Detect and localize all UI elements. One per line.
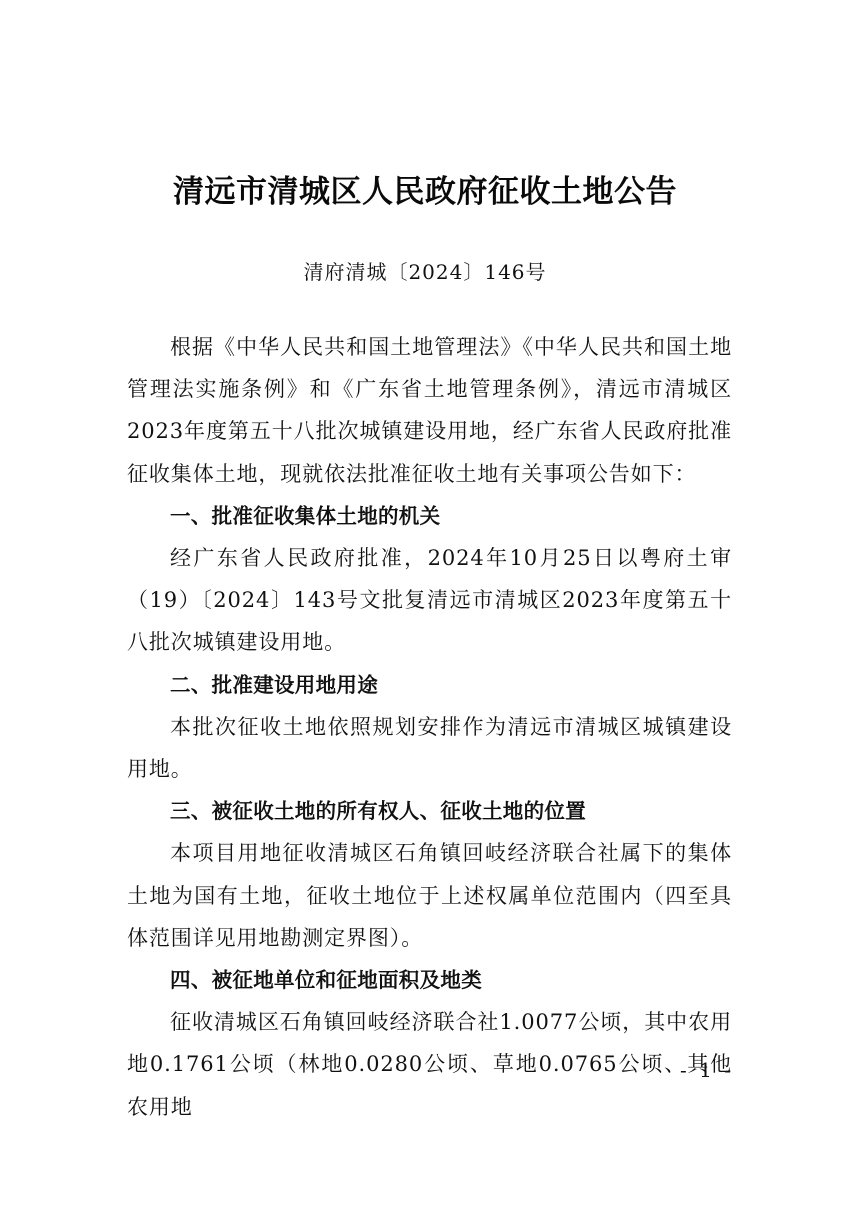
- document-title: 清远市清城区人民政府征收土地公告: [0, 166, 850, 211]
- intro-paragraph: 根据《中华人民共和国土地管理法》《中华人民共和国土地管理法实施条例》和《广东省土…: [127, 326, 732, 495]
- document-number: 清府清城〔2024〕146号: [0, 256, 850, 285]
- section-heading-1: 一、批准征收集体土地的机关: [127, 495, 732, 537]
- section-text-2: 本批次征收土地依照规划安排作为清远市清城区城镇建设用地。: [127, 706, 732, 790]
- section-heading-4: 四、被征地单位和征地面积及地类: [127, 959, 732, 1001]
- document-body: 根据《中华人民共和国土地管理法》《中华人民共和国土地管理法实施条例》和《广东省土…: [127, 326, 732, 1128]
- page-number: - 1 -: [680, 1058, 734, 1082]
- section-heading-3: 三、被征收土地的所有权人、征收土地的位置: [127, 790, 732, 832]
- section-text-3: 本项目用地征收清城区石角镇回岐经济联合社属下的集体土地为国有土地，征收土地位于上…: [127, 832, 732, 959]
- section-heading-2: 二、批准建设用地用途: [127, 664, 732, 706]
- section-text-1: 经广东省人民政府批准，2024年10月25日以粤府土审（19）〔2024〕143…: [127, 537, 732, 664]
- section-text-4: 征收清城区石角镇回岐经济联合社1.0077公顷，其中农用地0.1761公顷（林地…: [127, 1001, 732, 1128]
